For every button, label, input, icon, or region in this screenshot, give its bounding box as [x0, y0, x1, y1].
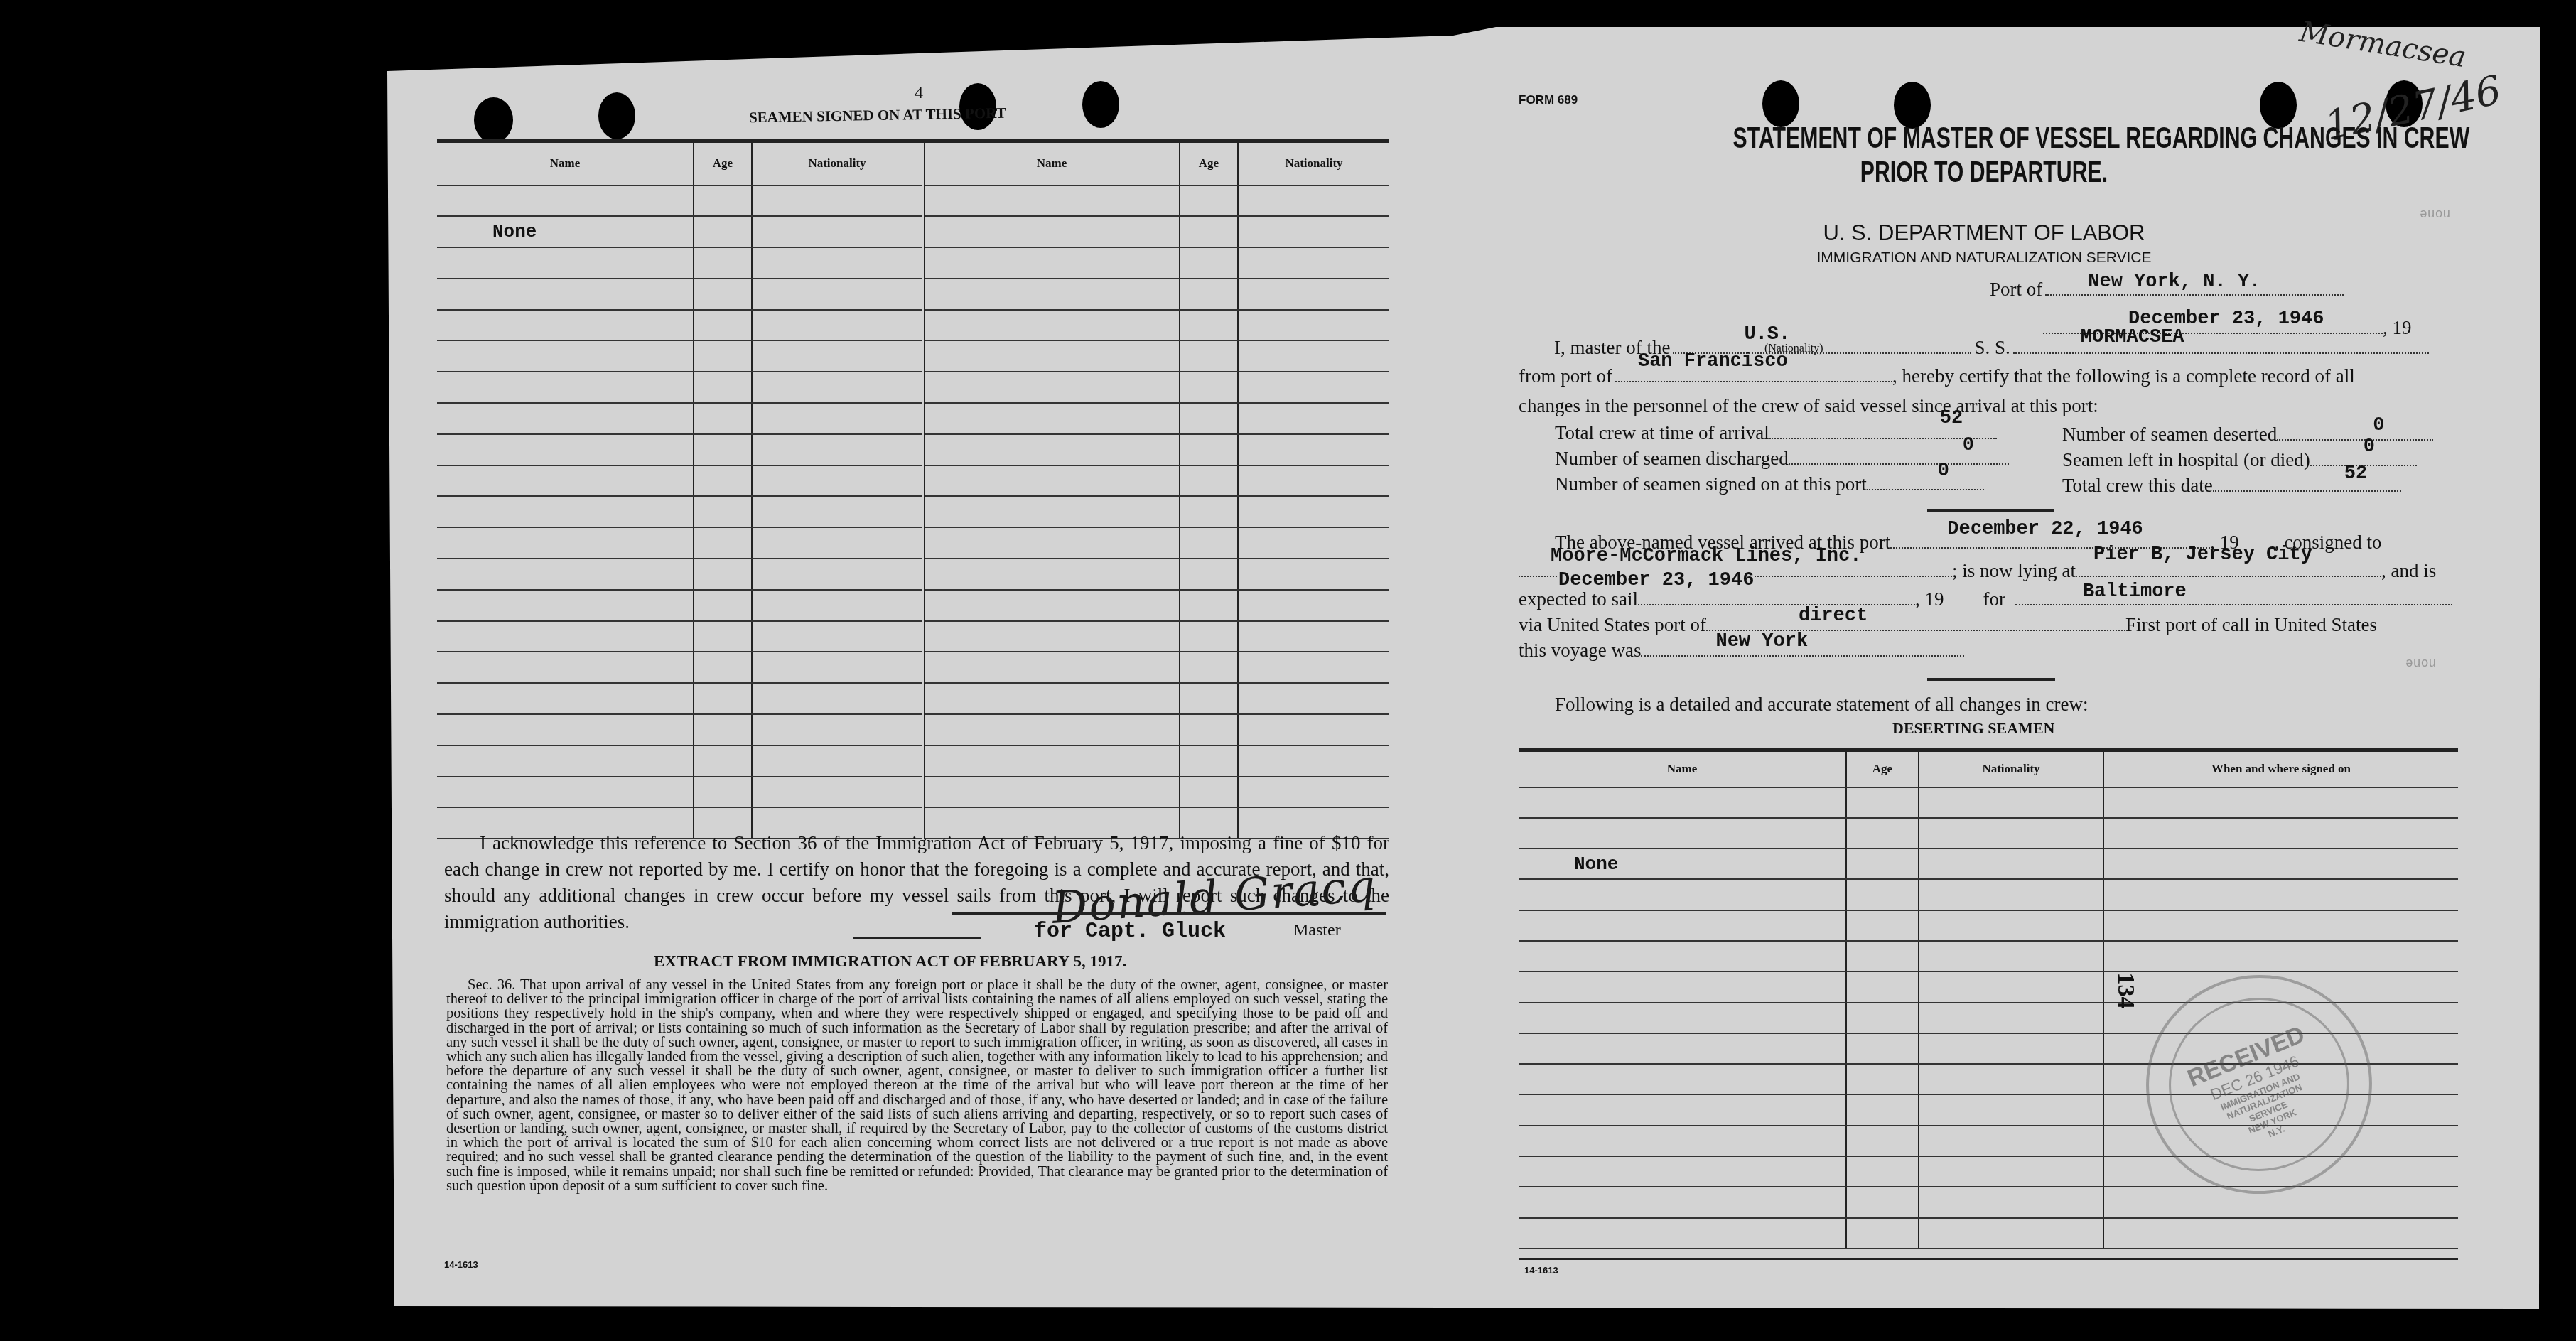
cell-value	[1919, 822, 1925, 844]
table-row	[1519, 879, 2458, 910]
table-cell	[437, 745, 694, 777]
expected-row: expected to sailDecember 23, 1946, 19for…	[1519, 586, 2452, 610]
table-cell	[437, 372, 694, 403]
table-cell	[1919, 1094, 2103, 1125]
table-cell	[1846, 879, 1919, 910]
table-cell	[752, 247, 923, 279]
discharged-label: Number of seamen discharged	[1555, 448, 1789, 469]
table-cell	[1180, 403, 1238, 434]
table-cell	[1919, 849, 2103, 879]
cell-value	[925, 190, 930, 211]
signed-on-value: 0	[1938, 461, 1949, 482]
table-cell	[694, 403, 752, 434]
changes-text: changes in the personnel of the crew of …	[1519, 395, 2098, 417]
table-cell	[437, 340, 694, 372]
table-cell	[2103, 1218, 2458, 1249]
department-text: U. S. DEPARTMENT OF LABOR	[1823, 220, 2145, 245]
col-header-signed-on: When and where signed on	[2103, 750, 2458, 787]
table-row	[437, 745, 1389, 777]
table-cell	[694, 247, 752, 279]
table-cell	[1238, 559, 1389, 590]
table-cell	[923, 714, 1180, 745]
port-of-label: Port of	[1990, 279, 2042, 300]
table-row	[437, 683, 1389, 714]
table-cell	[923, 590, 1180, 621]
vessel-value: MORMACSEA	[2081, 327, 2184, 348]
table-cell	[1238, 590, 1389, 621]
count-row-deserted: Number of seamen deserted0	[2062, 421, 2433, 446]
punch-hole	[1082, 81, 1119, 128]
via-port-value: direct	[1799, 605, 1868, 627]
table-cell	[1238, 496, 1389, 527]
table-cell	[1519, 1126, 1846, 1156]
form-title-line2: PRIOR TO DEPARTURE.	[1590, 155, 2378, 189]
table-cell	[1180, 777, 1238, 808]
table-row	[437, 527, 1389, 559]
service-heading: IMMIGRATION AND NATURALIZATION SERVICE	[1590, 249, 2378, 266]
table-cell	[1919, 1003, 2103, 1033]
signature-line	[952, 912, 1386, 915]
table-cell: None	[1519, 849, 1846, 879]
table-cell	[1919, 910, 2103, 941]
table-cell	[1238, 683, 1389, 714]
table-cell	[1519, 879, 1846, 910]
table-cell	[1238, 372, 1389, 403]
table-cell	[437, 247, 694, 279]
table-cell	[752, 310, 923, 341]
table-cell	[437, 496, 694, 527]
table-cell	[923, 372, 1180, 403]
table-cell	[1919, 1064, 2103, 1094]
table-cell	[1919, 1126, 2103, 1156]
port-of-value: New York, N. Y.	[2088, 271, 2260, 293]
table-cell	[1519, 1187, 1846, 1217]
table-cell	[1180, 185, 1238, 217]
extract-title: EXTRACT FROM IMMIGRATION ACT OF FEBRUARY…	[654, 952, 1126, 971]
cell-value	[1919, 853, 1925, 875]
table-cell	[1180, 559, 1238, 590]
table-cell	[694, 683, 752, 714]
table-cell	[752, 279, 923, 310]
table-cell	[437, 310, 694, 341]
total-crew-date-label: Total crew this date	[2062, 475, 2213, 496]
table-cell	[1846, 1187, 1919, 1217]
table-cell	[1846, 971, 1919, 1002]
total-crew-date-value: 52	[2344, 463, 2367, 485]
table-row: None	[1519, 849, 2458, 879]
table-cell: None	[437, 216, 694, 247]
count-row-signed-on: Number of seamen signed on at this port0	[1555, 470, 1984, 495]
deserting-title: DESERTING SEAMEN	[1892, 719, 2054, 738]
page-number: 4	[915, 84, 923, 103]
total-crew-date-field: 52	[2213, 472, 2401, 492]
table-row	[437, 340, 1389, 372]
table-cell	[1180, 652, 1238, 683]
table-row	[437, 434, 1389, 465]
margin-number: 134	[2112, 973, 2139, 1009]
deserted-field: 0	[2277, 421, 2433, 441]
table-cell	[694, 340, 752, 372]
table-cell	[1180, 590, 1238, 621]
table-cell	[694, 372, 752, 403]
divider	[1927, 678, 2055, 681]
destination-value: Baltimore	[2083, 581, 2187, 603]
table-cell	[923, 777, 1180, 808]
table-row	[437, 279, 1389, 310]
table-cell	[1238, 279, 1389, 310]
table-cell	[1180, 527, 1238, 559]
table-cell	[1238, 527, 1389, 559]
form-title-text: STATEMENT OF MASTER OF VESSEL REGARDING …	[1733, 121, 2470, 155]
count-row-total-arrival: Total crew at time of arrival52	[1555, 419, 1997, 444]
table-cell	[2103, 879, 2458, 910]
table-cell	[1238, 247, 1389, 279]
certify-text: , hereby certify that the following is a…	[1892, 365, 2355, 387]
col-header-age: Age	[1846, 750, 1919, 787]
table-cell	[1919, 1033, 2103, 1064]
voyage-label: this voyage was	[1519, 640, 1641, 661]
from-port-row: from port of San Francisco (Nationality)…	[1519, 362, 2355, 387]
cell-value	[1519, 792, 1574, 813]
arrived-date-value: December 22, 1946	[1947, 519, 2143, 540]
table-cell	[437, 279, 694, 310]
table-cell	[437, 590, 694, 621]
table-row	[437, 559, 1389, 590]
table-cell	[1846, 1094, 1919, 1125]
signed-on-field: 0	[1867, 470, 1984, 490]
table-row	[1519, 1218, 2458, 1249]
faint-mark: none	[2420, 206, 2450, 220]
table-row	[1519, 818, 2458, 849]
table-cell	[1180, 216, 1238, 247]
table-cell	[1180, 496, 1238, 527]
cell-value	[1847, 792, 1853, 813]
table-cell	[1519, 1033, 1846, 1064]
table-cell	[1519, 1156, 1846, 1187]
table-row	[437, 621, 1389, 652]
signed-on-label: Number of seamen signed on at this port	[1555, 473, 1867, 495]
table-cell	[437, 714, 694, 745]
cell-value	[753, 221, 758, 242]
table-row	[1519, 1187, 2458, 1217]
total-crew-arrival-value: 52	[1940, 408, 1963, 429]
table-cell	[1919, 879, 2103, 910]
table-cell	[1519, 910, 1846, 941]
table-cell	[2103, 941, 2458, 971]
table-cell	[1238, 216, 1389, 247]
table-cell	[752, 652, 923, 683]
expected-label: expected to sail	[1519, 588, 1638, 610]
following-text: Following is a detailed and accurate sta…	[1555, 694, 2088, 716]
table-cell	[923, 559, 1180, 590]
table-cell	[923, 621, 1180, 652]
table-cell	[752, 434, 923, 465]
table-cell	[752, 403, 923, 434]
table-cell	[1846, 1156, 1919, 1187]
faint-mark-2: none	[2405, 655, 2436, 669]
table-bottom-double-rule	[1519, 1258, 2458, 1260]
table-cell	[752, 777, 923, 808]
signature-typed-name: for Capt. Gluck	[1034, 920, 1226, 944]
table-cell	[1180, 310, 1238, 341]
table-row	[437, 247, 1389, 279]
expected-suffix: , 19	[1915, 588, 1944, 610]
table-cell	[2103, 818, 2458, 849]
table-cell	[1919, 971, 2103, 1002]
table-cell	[1238, 465, 1389, 497]
table-row	[437, 465, 1389, 497]
table-cell	[923, 496, 1180, 527]
service-text: IMMIGRATION AND NATURALIZATION SERVICE	[1817, 249, 2152, 266]
port-of-row: Port of New York, N. Y.	[1990, 276, 2344, 301]
table-cell	[923, 652, 1180, 683]
table-cell	[1238, 745, 1389, 777]
table-cell	[694, 310, 752, 341]
col-header-nationality: Nationality	[1919, 750, 2103, 787]
table-row	[437, 652, 1389, 683]
table-cell	[1180, 621, 1238, 652]
first-port-field: New York	[1641, 637, 1964, 657]
col-header-age: Age	[694, 141, 752, 185]
cell-value	[2104, 822, 2110, 844]
table-cell	[1519, 787, 1846, 818]
table-cell	[752, 185, 923, 217]
table-cell	[437, 621, 694, 652]
table-cell	[923, 683, 1180, 714]
expected-date-value: December 23, 1946	[1558, 570, 1754, 591]
table-cell	[1846, 910, 1919, 941]
table-cell	[1180, 247, 1238, 279]
table-cell	[752, 465, 923, 497]
via-row: via United States port ofdirectFirst por…	[1519, 611, 2377, 636]
table-cell	[1519, 818, 1846, 849]
cell-value	[437, 190, 492, 211]
table-cell	[694, 559, 752, 590]
lying-label: ; is now lying at	[1952, 560, 2076, 581]
from-port-label: from port of	[1519, 365, 1612, 387]
table-cell	[437, 465, 694, 497]
table-cell	[1519, 971, 1846, 1002]
table-cell	[694, 434, 752, 465]
table-row	[1519, 941, 2458, 971]
cell-value	[1919, 792, 1925, 813]
cell-value	[694, 221, 700, 242]
table-cell	[1919, 1156, 2103, 1187]
table-cell	[1238, 652, 1389, 683]
table-cell	[1919, 1218, 2103, 1249]
port-of-field: New York, N. Y.	[2045, 276, 2344, 296]
table-cell	[923, 403, 1180, 434]
cell-value	[1847, 853, 1853, 875]
table-cell	[1180, 372, 1238, 403]
table-cell	[1846, 849, 1919, 879]
table-cell	[1919, 787, 2103, 818]
seamen-signed-on-table: Name Age Nationality Name Age Nationalit…	[437, 139, 1389, 839]
table-cell	[694, 216, 752, 247]
hospital-label: Seamen left in hospital (or died)	[2062, 449, 2310, 470]
cell-value	[1180, 190, 1186, 211]
table-cell	[1238, 310, 1389, 341]
table-cell	[752, 496, 923, 527]
consignee-value: Moore-McCormack Lines, Inc.	[1551, 546, 1861, 567]
table-cell	[1846, 1218, 1919, 1249]
cell-value	[1519, 822, 1574, 844]
table-cell	[694, 714, 752, 745]
table-cell	[752, 714, 923, 745]
table-cell	[923, 340, 1180, 372]
table-cell	[752, 216, 923, 247]
right-form-code: 14-1613	[1524, 1265, 1558, 1276]
table-row	[437, 185, 1389, 217]
table-cell	[1238, 777, 1389, 808]
table-cell	[2103, 910, 2458, 941]
table-cell	[694, 621, 752, 652]
hospital-value: 0	[2364, 436, 2375, 458]
cell-value	[925, 221, 930, 242]
cell-value	[1239, 190, 1244, 211]
table-cell	[752, 745, 923, 777]
vessel-field: MORMACSEA	[2013, 334, 2429, 354]
table-cell	[1180, 683, 1238, 714]
via-label: via United States port of	[1519, 614, 1706, 635]
discharged-field: 0	[1789, 445, 2009, 465]
table-cell	[437, 683, 694, 714]
deserted-label: Number of seamen deserted	[2062, 424, 2277, 445]
discharged-value: 0	[1963, 435, 1974, 456]
cell-value: None	[1519, 853, 1618, 875]
signature-title: Master	[1293, 921, 1341, 940]
col-header-name: Name	[437, 141, 694, 185]
table-cell	[437, 434, 694, 465]
table-row	[437, 590, 1389, 621]
table-cell	[923, 527, 1180, 559]
table-cell	[437, 403, 694, 434]
destination-field: Baltimore	[2015, 586, 2452, 605]
table-cell	[1846, 1064, 1919, 1094]
table-cell	[1238, 714, 1389, 745]
table-cell	[437, 559, 694, 590]
table-cell	[2103, 787, 2458, 818]
table-row	[437, 310, 1389, 341]
department-heading: U. S. DEPARTMENT OF LABOR	[1590, 220, 2378, 246]
table-cell	[923, 745, 1180, 777]
divider	[1927, 509, 2054, 512]
table-row: None	[437, 216, 1389, 247]
col-header-name: Name	[1519, 750, 1846, 787]
table-cell	[1519, 1064, 1846, 1094]
table-cell	[694, 590, 752, 621]
table-cell	[437, 185, 694, 217]
table-cell	[1238, 403, 1389, 434]
col-header-name-2: Name	[923, 141, 1180, 185]
and-is-label: , and is	[2381, 560, 2436, 581]
table-cell	[752, 590, 923, 621]
cell-value	[1847, 822, 1853, 844]
table-cell	[437, 527, 694, 559]
col-header-nationality: Nationality	[752, 141, 923, 185]
table-cell	[1519, 1218, 1846, 1249]
table-cell	[752, 340, 923, 372]
divider	[853, 937, 981, 939]
table-row	[437, 714, 1389, 745]
table-row	[437, 777, 1389, 808]
table-row	[437, 496, 1389, 527]
table-cell	[752, 527, 923, 559]
table-cell	[1180, 465, 1238, 497]
punch-hole	[474, 97, 513, 143]
table-row	[1519, 787, 2458, 818]
table-row	[437, 372, 1389, 403]
table-cell	[694, 777, 752, 808]
total-crew-arrival-label: Total crew at time of arrival	[1555, 422, 1769, 443]
cell-value	[1180, 221, 1186, 242]
table-cell	[1846, 818, 1919, 849]
punch-hole	[598, 92, 635, 139]
table-cell	[923, 279, 1180, 310]
extract-text: Sec. 36. That upon arrival of any vessel…	[446, 978, 1388, 1193]
cell-value	[2104, 792, 2110, 813]
table-cell	[923, 247, 1180, 279]
table-cell	[1919, 1187, 2103, 1217]
table-cell	[1519, 1003, 1846, 1033]
table-cell	[437, 652, 694, 683]
cell-value	[753, 190, 758, 211]
table-cell	[923, 310, 1180, 341]
lying-at-value: Pier B, Jersey City	[2093, 544, 2312, 566]
table-cell	[1238, 185, 1389, 217]
table-cell	[752, 372, 923, 403]
table-cell	[1180, 279, 1238, 310]
table-cell	[1180, 714, 1238, 745]
table-cell	[1180, 434, 1238, 465]
nationality-caption: (Nationality)	[1764, 343, 1823, 355]
for-label: for	[1983, 588, 2005, 610]
expected-date-field: December 23, 1946	[1638, 586, 1915, 605]
table-cell	[1846, 1003, 1919, 1033]
table-cell	[1846, 941, 1919, 971]
table-cell	[694, 185, 752, 217]
form-title-line1: STATEMENT OF MASTER OF VESSEL REGARDING …	[1590, 121, 2378, 155]
table-cell	[1180, 340, 1238, 372]
table-cell	[1846, 787, 1919, 818]
from-port-field: San Francisco (Nationality)	[1615, 362, 1892, 382]
table-cell	[694, 279, 752, 310]
table-cell	[694, 465, 752, 497]
table-cell	[694, 745, 752, 777]
table-cell	[1238, 621, 1389, 652]
table-cell	[1238, 340, 1389, 372]
deserted-value: 0	[2373, 415, 2384, 436]
first-port-label: First port of call in United States	[2125, 614, 2377, 635]
voyage-row: this voyage wasNew York	[1519, 637, 1964, 662]
table-cell	[2103, 849, 2458, 879]
table-cell	[923, 465, 1180, 497]
first-port-value: New York	[1715, 631, 1808, 652]
table-cell	[1238, 434, 1389, 465]
form-number: FORM 689	[1519, 93, 1578, 107]
table-cell	[752, 621, 923, 652]
table-cell	[694, 527, 752, 559]
cell-value: None	[437, 221, 537, 242]
table-cell	[923, 434, 1180, 465]
table-cell	[1846, 1126, 1919, 1156]
col-header-nationality-2: Nationality	[1238, 141, 1389, 185]
cell-value	[694, 190, 700, 211]
table-cell	[1846, 1033, 1919, 1064]
table-cell	[437, 777, 694, 808]
table-cell	[923, 185, 1180, 217]
table-cell	[1919, 818, 2103, 849]
